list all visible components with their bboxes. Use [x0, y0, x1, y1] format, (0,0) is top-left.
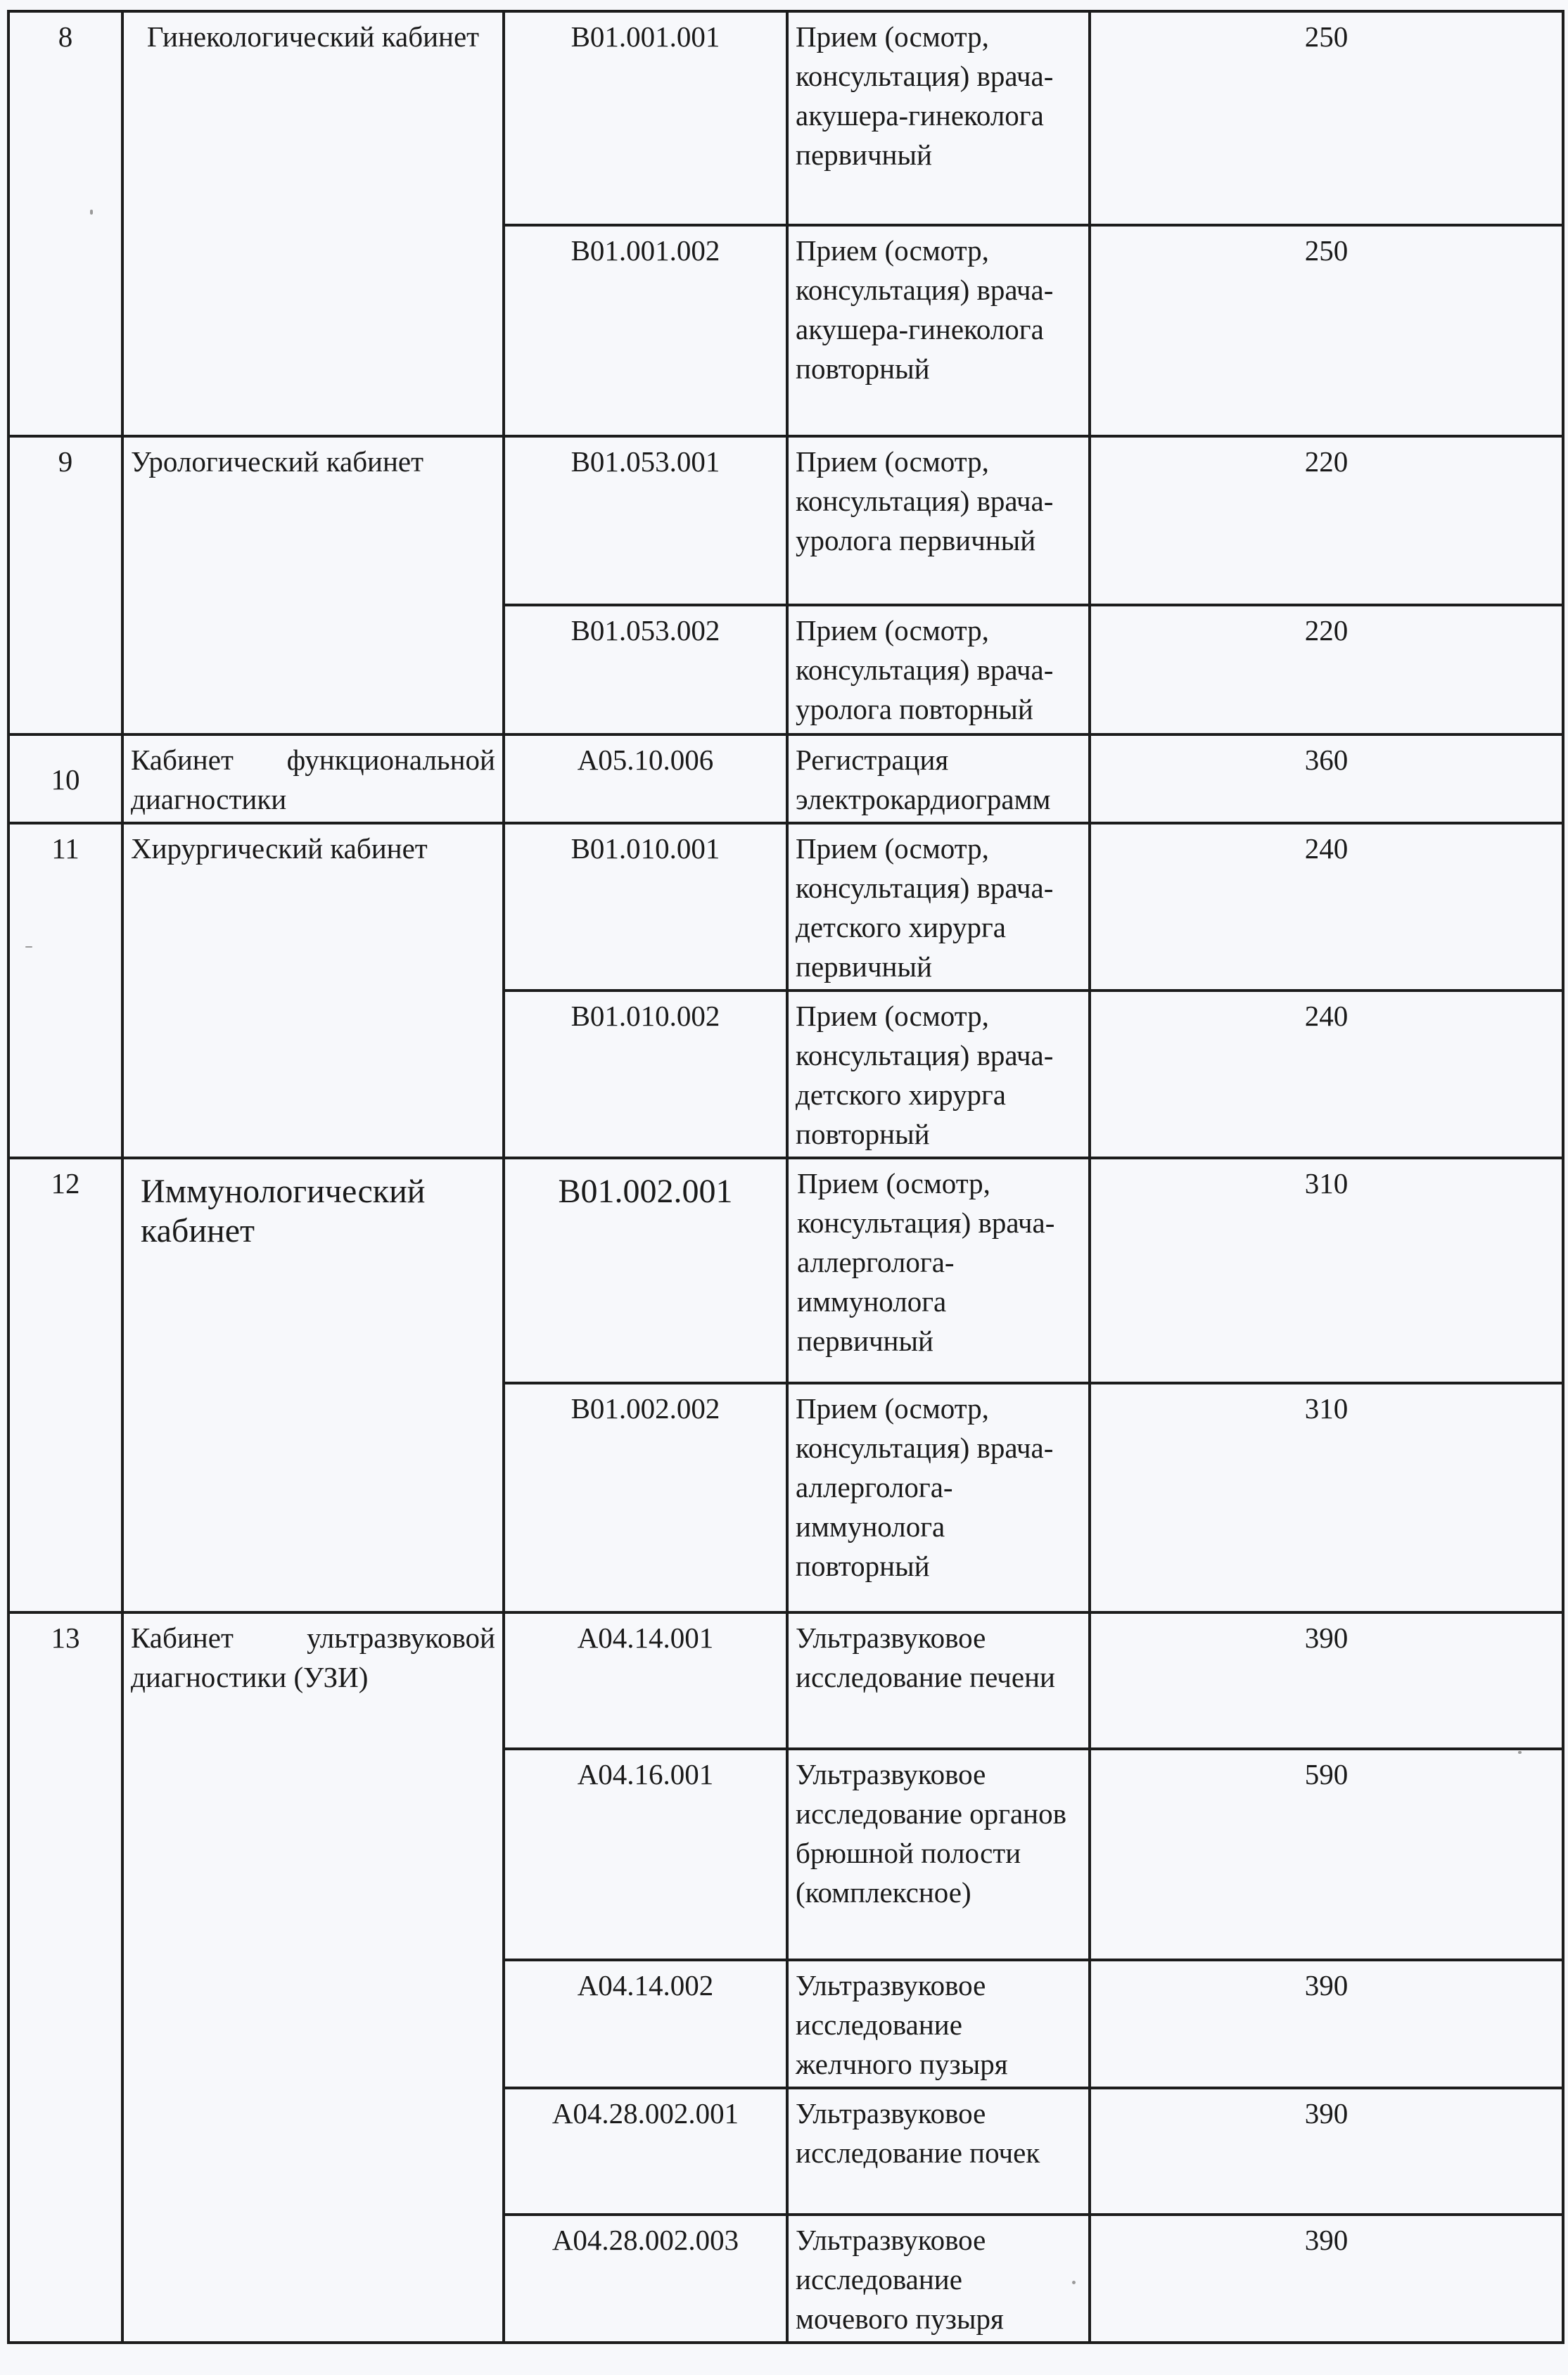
scan-speck [90, 210, 93, 215]
service-code: B01.010.002 [504, 991, 787, 1158]
service-name: Ультразвуковое исследование органов брюш… [787, 1749, 1090, 1960]
department-name: Гинекологический кабинет [122, 11, 504, 436]
table-row: 8 Гинекологический кабинет B01.001.001 П… [8, 11, 1563, 225]
service-code: B01.053.001 [504, 436, 787, 605]
department-name-line: диагностики (УЗИ) [131, 1657, 495, 1697]
service-code: B01.010.001 [504, 823, 787, 991]
service-code: A04.16.001 [504, 1749, 787, 1960]
row-number: 8 [8, 11, 122, 436]
service-code: B01.001.001 [504, 11, 787, 225]
scan-speck [1072, 2281, 1076, 2284]
department-name: Кабинет функциональной диагностики [122, 734, 504, 823]
scanned-document-page: 8 Гинекологический кабинет B01.001.001 П… [0, 0, 1568, 2375]
service-price: 390 [1090, 2088, 1563, 2215]
service-code: B01.002.001 [504, 1158, 787, 1383]
row-number: 11 [8, 823, 122, 1158]
service-price: 220 [1090, 436, 1563, 605]
service-price: 310 [1090, 1158, 1563, 1383]
service-code: B01.053.002 [504, 605, 787, 734]
service-code: A04.28.002.001 [504, 2088, 787, 2215]
row-number: 12 [8, 1158, 122, 1612]
service-name: Прием (осмотр, консультация) врача-детск… [787, 823, 1090, 991]
table-row: 10 Кабинет функциональной диагностики A0… [8, 734, 1563, 823]
service-price: 250 [1090, 225, 1563, 436]
service-price: 240 [1090, 823, 1563, 991]
service-name: Прием (осмотр, консультация) врача-акуше… [787, 11, 1090, 225]
table-row: 12 Иммунологический кабинет B01.002.001 … [8, 1158, 1563, 1383]
service-name: Ультразвуковое исследование мочевого пуз… [787, 2215, 1090, 2343]
service-price: 390 [1090, 1960, 1563, 2088]
scan-speck [1518, 1751, 1522, 1754]
service-code: A04.14.002 [504, 1960, 787, 2088]
table-row: 11 Хирургический кабинет B01.010.001 При… [8, 823, 1563, 991]
service-name: Прием (осмотр, консультация) врача-аллер… [787, 1383, 1090, 1612]
service-name: Прием (осмотр, консультация) врача-аллер… [787, 1158, 1090, 1383]
department-name: Иммунологический кабинет [122, 1158, 504, 1612]
department-name: Кабинет ультразвуковой диагностики (УЗИ) [122, 1612, 504, 2343]
service-code: A04.28.002.003 [504, 2215, 787, 2343]
service-code: A04.14.001 [504, 1612, 787, 1749]
department-name-line: Кабинет функциональной [131, 740, 495, 779]
service-price: 390 [1090, 1612, 1563, 1749]
service-price: 360 [1090, 734, 1563, 823]
service-price: 310 [1090, 1383, 1563, 1612]
service-name: Ультразвуковое исследование печени [787, 1612, 1090, 1749]
scan-speck [25, 946, 32, 948]
row-number: 9 [8, 436, 122, 734]
service-code: A05.10.006 [504, 734, 787, 823]
row-number: 13 [8, 1612, 122, 2343]
service-name: Прием (осмотр, консультация) врача-акуше… [787, 225, 1090, 436]
service-price: 590 [1090, 1749, 1563, 1960]
service-code: B01.001.002 [504, 225, 787, 436]
department-name-line: Кабинет ультразвуковой [131, 1618, 495, 1657]
service-name: Прием (осмотр, консультация) врача-детск… [787, 991, 1090, 1158]
service-name: Регистрация электрокардиограмм [787, 734, 1090, 823]
service-name: Прием (осмотр, консультация) врача-уроло… [787, 436, 1090, 605]
service-name: Прием (осмотр, консультация) врача-уроло… [787, 605, 1090, 734]
table-row: 13 Кабинет ультразвуковой диагностики (У… [8, 1612, 1563, 1749]
table-row: 9 Урологический кабинет B01.053.001 Прие… [8, 436, 1563, 605]
service-price: 250 [1090, 11, 1563, 225]
department-name-line: диагностики [131, 779, 495, 819]
department-name: Урологический кабинет [122, 436, 504, 734]
service-price: 220 [1090, 605, 1563, 734]
service-price: 390 [1090, 2215, 1563, 2343]
department-name: Хирургический кабинет [122, 823, 504, 1158]
row-number: 10 [8, 734, 122, 823]
service-code: B01.002.002 [504, 1383, 787, 1612]
price-list-table: 8 Гинекологический кабинет B01.001.001 П… [7, 10, 1564, 2344]
service-price: 240 [1090, 991, 1563, 1158]
service-name: Ультразвуковое исследование почек [787, 2088, 1090, 2215]
service-name: Ультразвуковое исследование желчного пуз… [787, 1960, 1090, 2088]
